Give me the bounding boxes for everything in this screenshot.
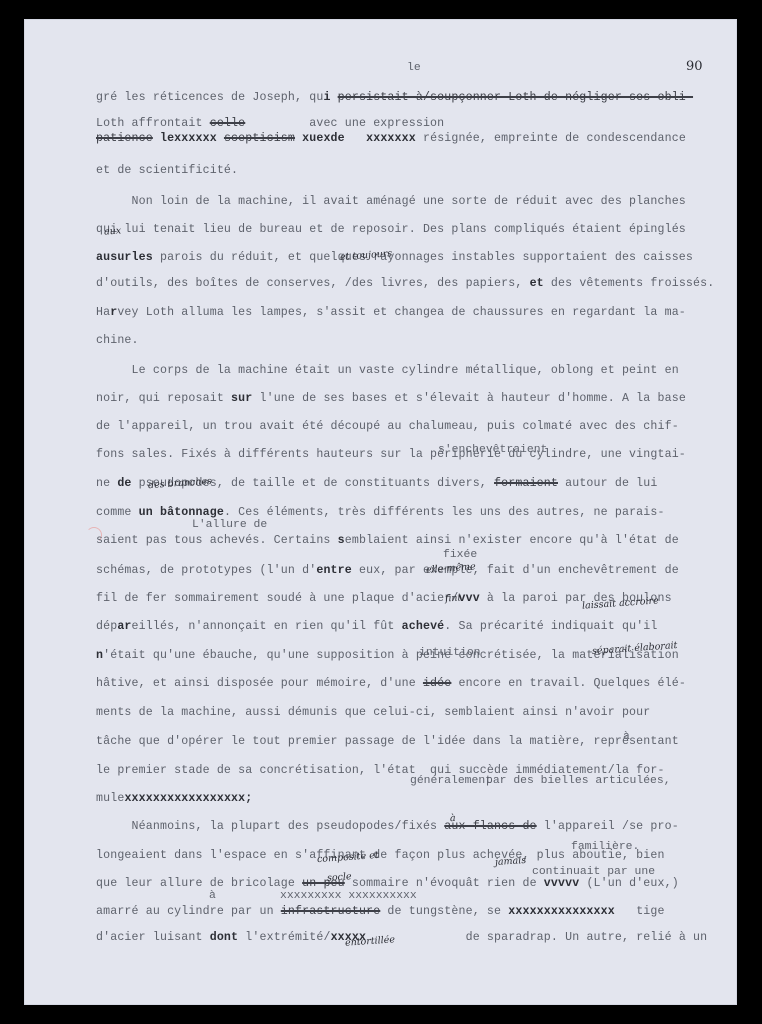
typed-text: de l'appareil, un trou avait été découpé… [96, 420, 679, 433]
overtyped-text: un bâtonnage [139, 506, 224, 519]
typed-text: saient pas tous achevés. Certains [96, 534, 338, 547]
typed-line: schémas, de prototypes (l'un d'entre eux… [96, 564, 679, 577]
overtyped-text: lexxxxxx [160, 132, 217, 145]
typed-line: ausurles parois du réduit, et quelques r… [96, 251, 693, 264]
struck-text: persistait à/soupçonner Loth de négliger… [338, 91, 693, 104]
typed-text: encore en travail. Quelques élé- [451, 677, 686, 690]
typed-text [153, 132, 160, 145]
typed-text: de sparadrap. Un autre, relié à un [366, 931, 707, 944]
typed-text: Non loin de la machine, il avait aménagé… [96, 195, 686, 208]
typed-insertion: généralement [410, 775, 492, 787]
typed-text: (L'un d'eux,) [579, 877, 679, 890]
typed-text: l'extrémité/ [238, 931, 330, 944]
handwritten-note: socle [327, 871, 352, 884]
typed-text [217, 132, 224, 145]
overtyped-text: de [117, 477, 131, 490]
typed-text: sommaire n'évoquât rien de [345, 877, 544, 890]
struck-text: idée [423, 677, 451, 690]
overtyped-text: xuexde [302, 132, 345, 145]
typed-text: dép [96, 620, 117, 633]
handwritten-note: à [450, 813, 456, 824]
overtyped-text: i [323, 91, 337, 104]
typed-text: amarré au cylindre par un [96, 905, 281, 918]
struck-text: formaient [494, 477, 558, 490]
typed-text: résignée, empreinte de condescendance [416, 132, 686, 145]
overtyped-text: vvv [458, 592, 479, 605]
overtyped-text: entre [316, 564, 352, 577]
overtyped-text: s [338, 534, 345, 547]
struck-text: infrastructure [281, 905, 381, 918]
handwritten-note: jamais [495, 855, 527, 868]
struck-text: celle [210, 117, 246, 130]
typed-text: Néanmoins, la plupart des pseudopodes/fi… [96, 820, 444, 833]
typed-text: Loth affrontait [96, 117, 210, 130]
struck-text: aux flancs de [444, 820, 536, 833]
typed-line: noir, qui reposait sur l'une de ses base… [96, 392, 686, 405]
typed-text: avec une expression [245, 117, 444, 130]
typed-line: Non loin de la machine, il avait aménagé… [96, 195, 686, 208]
typed-insertion: L'allure de [192, 519, 267, 531]
typed-line: d'acier luisant dont l'extrémité/xxxxx d… [96, 931, 707, 944]
typed-text: Le corps de la machine était un vaste cy… [96, 364, 679, 377]
typed-insertion: le [407, 62, 421, 74]
struck-text: scepticism [224, 132, 295, 145]
typed-text: hâtive, et ainsi disposée pour mémoire, … [96, 677, 423, 690]
overtyped-text: xxxxxxxxxxxxxxx [508, 905, 615, 918]
typed-text: des vêtements froissés. [544, 277, 715, 290]
typed-insertion: continuait par une [532, 866, 655, 878]
typed-text: schémas, de prototypes (l'un d' [96, 564, 316, 577]
typed-text: comme [96, 506, 139, 519]
typed-line: saient pas tous achevés. Certains sembla… [96, 534, 679, 547]
typed-text: que leur allure de bricolage [96, 877, 302, 890]
typed-text: l'une de ses bases et s'élevait à hauteu… [252, 392, 686, 405]
typed-text: eillés, n'annonçait en rien qu'il fût [132, 620, 402, 633]
typed-insertion: par des bielles articulées, [486, 775, 671, 787]
typed-text: emblaient ainsi n'exister encore qu'à l'… [345, 534, 679, 547]
overtyped-text: sur [231, 392, 252, 405]
typed-line: tâche que d'opérer le tout premier passa… [96, 735, 679, 748]
typed-insertion: à [623, 731, 630, 743]
typed-insertion: fixée [443, 549, 477, 561]
typed-text: tâche que d'opérer le tout premier passa… [96, 735, 679, 748]
typed-text: tige [615, 905, 665, 918]
typed-text: . Sa précarité indiquait qu'il [444, 620, 657, 633]
handwritten-note: aux [104, 225, 122, 237]
typed-line: fons sales. Fixés à différents hauteurs … [96, 448, 686, 461]
typed-line: et de scientificité. [96, 164, 238, 177]
typed-text: qui lui tenait lieu de bureau et de repo… [96, 223, 686, 236]
typed-text: eux, par exemple, fait d'un enchevêtreme… [352, 564, 679, 577]
typed-line: que leur allure de bricolage un peu somm… [96, 877, 679, 890]
handwritten-note: fini [445, 592, 461, 604]
typed-insertion: familière. [571, 841, 639, 853]
typed-text: chine. [96, 334, 139, 347]
typed-line: comme un bâtonnage. Ces éléments, très d… [96, 506, 665, 519]
typed-line: chine. [96, 334, 139, 347]
typed-line: ments de la machine, aussi démunis que c… [96, 706, 650, 719]
typed-line: d'outils, des boîtes de conserves, /des … [96, 277, 714, 290]
typed-line: patience lexxxxxx scepticism xuexde xxxx… [96, 132, 686, 145]
typed-line: qui lui tenait lieu de bureau et de repo… [96, 223, 686, 236]
overtyped-text: vvvvv [544, 877, 580, 890]
overtyped-text: dont [210, 931, 238, 944]
typed-text [345, 132, 366, 145]
typed-line: Loth affrontait celle avec une expressio… [96, 117, 444, 130]
handwritten-note: entortillée [345, 934, 396, 948]
typed-line: amarré au cylindre par un infrastructure… [96, 905, 665, 918]
typed-insertion: intuition [419, 647, 481, 659]
typed-insertion: xxxxxxxxx xxxxxxxxxx [280, 890, 417, 902]
overtyped-text: ar [117, 620, 131, 633]
overtyped-text: et [530, 277, 544, 290]
typed-text: gré les réticences de Joseph, qu [96, 91, 323, 104]
typed-text: vey Loth alluma les lampes, s'assit et c… [117, 306, 686, 319]
typed-text: ne [96, 477, 117, 490]
page-number: 90 [686, 59, 703, 74]
typed-text: ments de la machine, aussi démunis que c… [96, 706, 650, 719]
overtyped-text: xxxxxxxxxxxxxxxxx; [124, 792, 252, 805]
typed-text: autour de lui [558, 477, 658, 490]
typed-line: dépareillés, n'annonçait en rien qu'il f… [96, 620, 658, 633]
typed-line: Harvey Loth alluma les lampes, s'assit e… [96, 306, 686, 319]
overtyped-text: ausurles [96, 251, 153, 264]
typed-text: et de scientificité. [96, 164, 238, 177]
manuscript-page: 90 gré les réticences de Joseph, qui per… [24, 19, 737, 1005]
typed-line: de l'appareil, un trou avait été découpé… [96, 420, 679, 433]
typed-text: fons sales. Fixés à différents hauteurs … [96, 448, 686, 461]
typed-text: . Ces éléments, très différents les uns … [224, 506, 665, 519]
typed-insertion: s'enchevêtraient [438, 444, 547, 456]
typed-insertion: à [209, 890, 216, 902]
typed-text: Ha [96, 306, 110, 319]
typed-text: mule [96, 792, 124, 805]
typed-text: parois du réduit, et quelques rayonnages… [153, 251, 693, 264]
typed-line: hâtive, et ainsi disposée pour mémoire, … [96, 677, 686, 690]
typed-line: Néanmoins, la plupart des pseudopodes/fi… [96, 820, 679, 833]
struck-text: patience [96, 132, 153, 145]
overtyped-text: xxxxxxx [366, 132, 416, 145]
typed-text: l'appareil /se pro- [537, 820, 679, 833]
typed-text: d'outils, des boîtes de conserves, /des … [96, 277, 530, 290]
overtyped-text: achevé [402, 620, 445, 633]
typed-text: de tungstène, se [380, 905, 508, 918]
typed-line: mulexxxxxxxxxxxxxxxxx; [96, 792, 252, 805]
typed-line: gré les réticences de Joseph, qui persis… [96, 91, 693, 104]
typed-text: d'acier luisant [96, 931, 210, 944]
typed-text: noir, qui reposait [96, 392, 231, 405]
typed-line: Le corps de la machine était un vaste cy… [96, 364, 679, 377]
typed-text: fil de fer sommairement soudé à une plaq… [96, 592, 458, 605]
